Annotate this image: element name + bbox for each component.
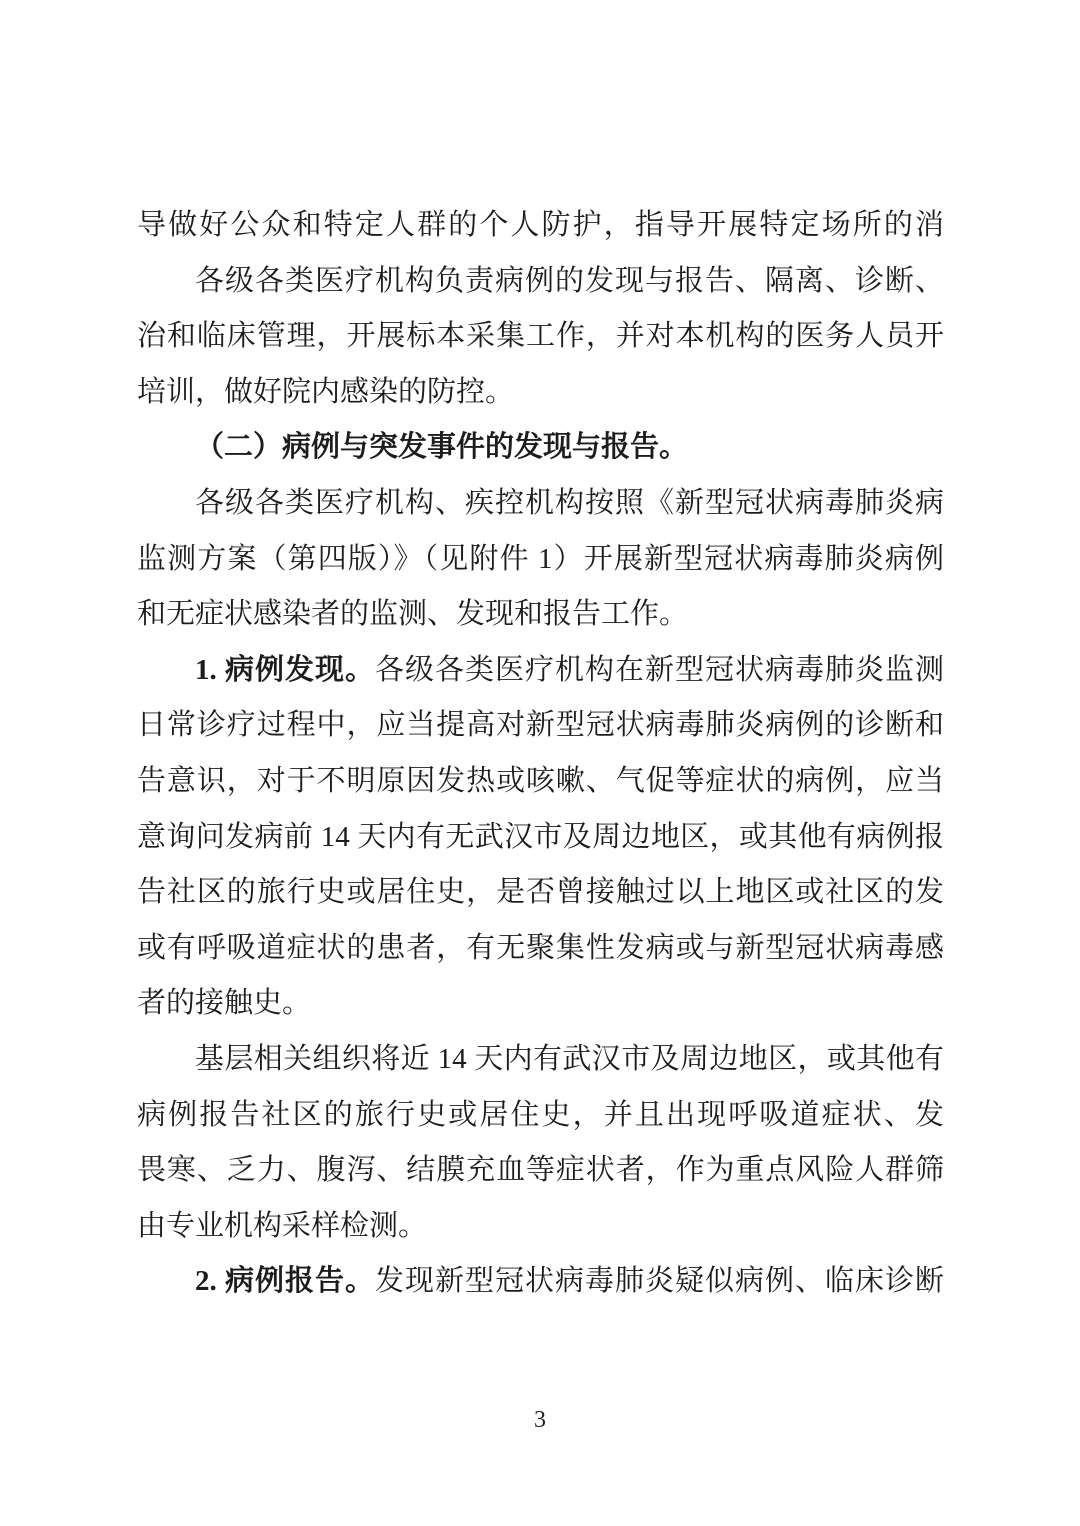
text-line: 者的接触史。 <box>137 976 944 1032</box>
text-line: 告社区的旅行史或居住史，是否曾接触过以上地区或社区的发热 <box>137 865 944 921</box>
text-line: 治和临床管理，开展标本采集工作，并对本机构的医务人员开展 <box>137 309 944 365</box>
text-segment: 由专业机构采样检测。 <box>137 1210 427 1242</box>
text-segment: 和无症状感染者的监测、发现和报告工作。 <box>137 598 688 630</box>
text-segment: 培训，做好院内感染的防控。 <box>137 376 514 408</box>
text-segment: 者的接触史。 <box>137 987 311 1019</box>
text-line: 导做好公众和特定人群的个人防护，指导开展特定场所的消毒。 <box>137 198 944 254</box>
text-line: 培训，做好院内感染的防控。 <box>137 365 944 421</box>
text-line: （二）病例与突发事件的发现与报告。 <box>137 420 944 476</box>
text-segment: 导做好公众和特定人群的个人防护，指导开展特定场所的消毒。 <box>137 209 944 254</box>
text-segment: 或有呼吸道症状的患者，有无聚集性发病或与新型冠状病毒感染 <box>137 932 944 977</box>
text-line: 由专业机构采样检测。 <box>137 1199 944 1255</box>
text-line: 2. 病例报告。发现新型冠状病毒肺炎疑似病例、临床诊断病 <box>137 1254 944 1310</box>
text-line: 日常诊疗过程中，应当提高对新型冠状病毒肺炎病例的诊断和报 <box>137 698 944 754</box>
text-segment: 病例报告社区的旅行史或居住史，并且出现呼吸道症状、发热、 <box>137 1099 944 1144</box>
bold-text-segment: （二）病例与突发事件的发现与报告。 <box>195 431 688 463</box>
text-line: 监测方案（第四版）》（见附件 1）开展新型冠状病毒肺炎病例 <box>137 532 944 588</box>
document-body: 导做好公众和特定人群的个人防护，指导开展特定场所的消毒。各级各类医疗机构负责病例… <box>137 198 944 1310</box>
text-segment: 治和临床管理，开展标本采集工作，并对本机构的医务人员开展 <box>137 320 944 365</box>
text-line: 和无症状感染者的监测、发现和报告工作。 <box>137 587 944 643</box>
document-page: 导做好公众和特定人群的个人防护，指导开展特定场所的消毒。各级各类医疗机构负责病例… <box>0 0 1080 1526</box>
text-line: 畏寒、乏力、腹泻、结膜充血等症状者，作为重点风险人群筛查， <box>137 1143 944 1199</box>
text-line: 1. 病例发现。各级各类医疗机构在新型冠状病毒肺炎监测和 <box>137 643 944 699</box>
text-line: 各级各类医疗机构、疾控机构按照《新型冠状病毒肺炎病例 <box>137 476 944 532</box>
text-segment: 各级各类医疗机构负责病例的发现与报告、隔离、诊断、救 <box>137 265 944 310</box>
text-segment: 告社区的旅行史或居住史，是否曾接触过以上地区或社区的发热 <box>137 876 944 921</box>
text-line: 意询问发病前 14 天内有无武汉市及周边地区，或其他有病例报 <box>137 810 944 866</box>
text-segment: 监测方案（第四版）》（见附件 1）开展新型冠状病毒肺炎病例 <box>137 543 944 575</box>
text-segment: 意询问发病前 14 天内有无武汉市及周边地区，或其他有病例报 <box>137 821 944 853</box>
text-line: 或有呼吸道症状的患者，有无聚集性发病或与新型冠状病毒感染 <box>137 921 944 977</box>
text-line: 基层相关组织将近 14 天内有武汉市及周边地区，或其他有 <box>137 1032 944 1088</box>
text-segment: 畏寒、乏力、腹泻、结膜充血等症状者，作为重点风险人群筛查， <box>137 1154 944 1199</box>
text-line: 病例报告社区的旅行史或居住史，并且出现呼吸道症状、发热、 <box>137 1088 944 1144</box>
text-line: 各级各类医疗机构负责病例的发现与报告、隔离、诊断、救 <box>137 254 944 310</box>
text-line: 告意识，对于不明原因发热或咳嗽、气促等症状的病例，应当注 <box>137 754 944 810</box>
text-segment: 日常诊疗过程中，应当提高对新型冠状病毒肺炎病例的诊断和报 <box>137 709 944 754</box>
text-segment: 基层相关组织将近 14 天内有武汉市及周边地区，或其他有 <box>195 1043 944 1075</box>
page-number: 3 <box>0 1405 1080 1435</box>
bold-text-segment: 2. 病例报告。 <box>195 1265 375 1297</box>
bold-text-segment: 1. 病例发现。 <box>195 654 375 686</box>
text-segment: 告意识，对于不明原因发热或咳嗽、气促等症状的病例，应当注 <box>137 765 944 810</box>
text-segment: 各级各类医疗机构、疾控机构按照《新型冠状病毒肺炎病例 <box>137 487 944 532</box>
